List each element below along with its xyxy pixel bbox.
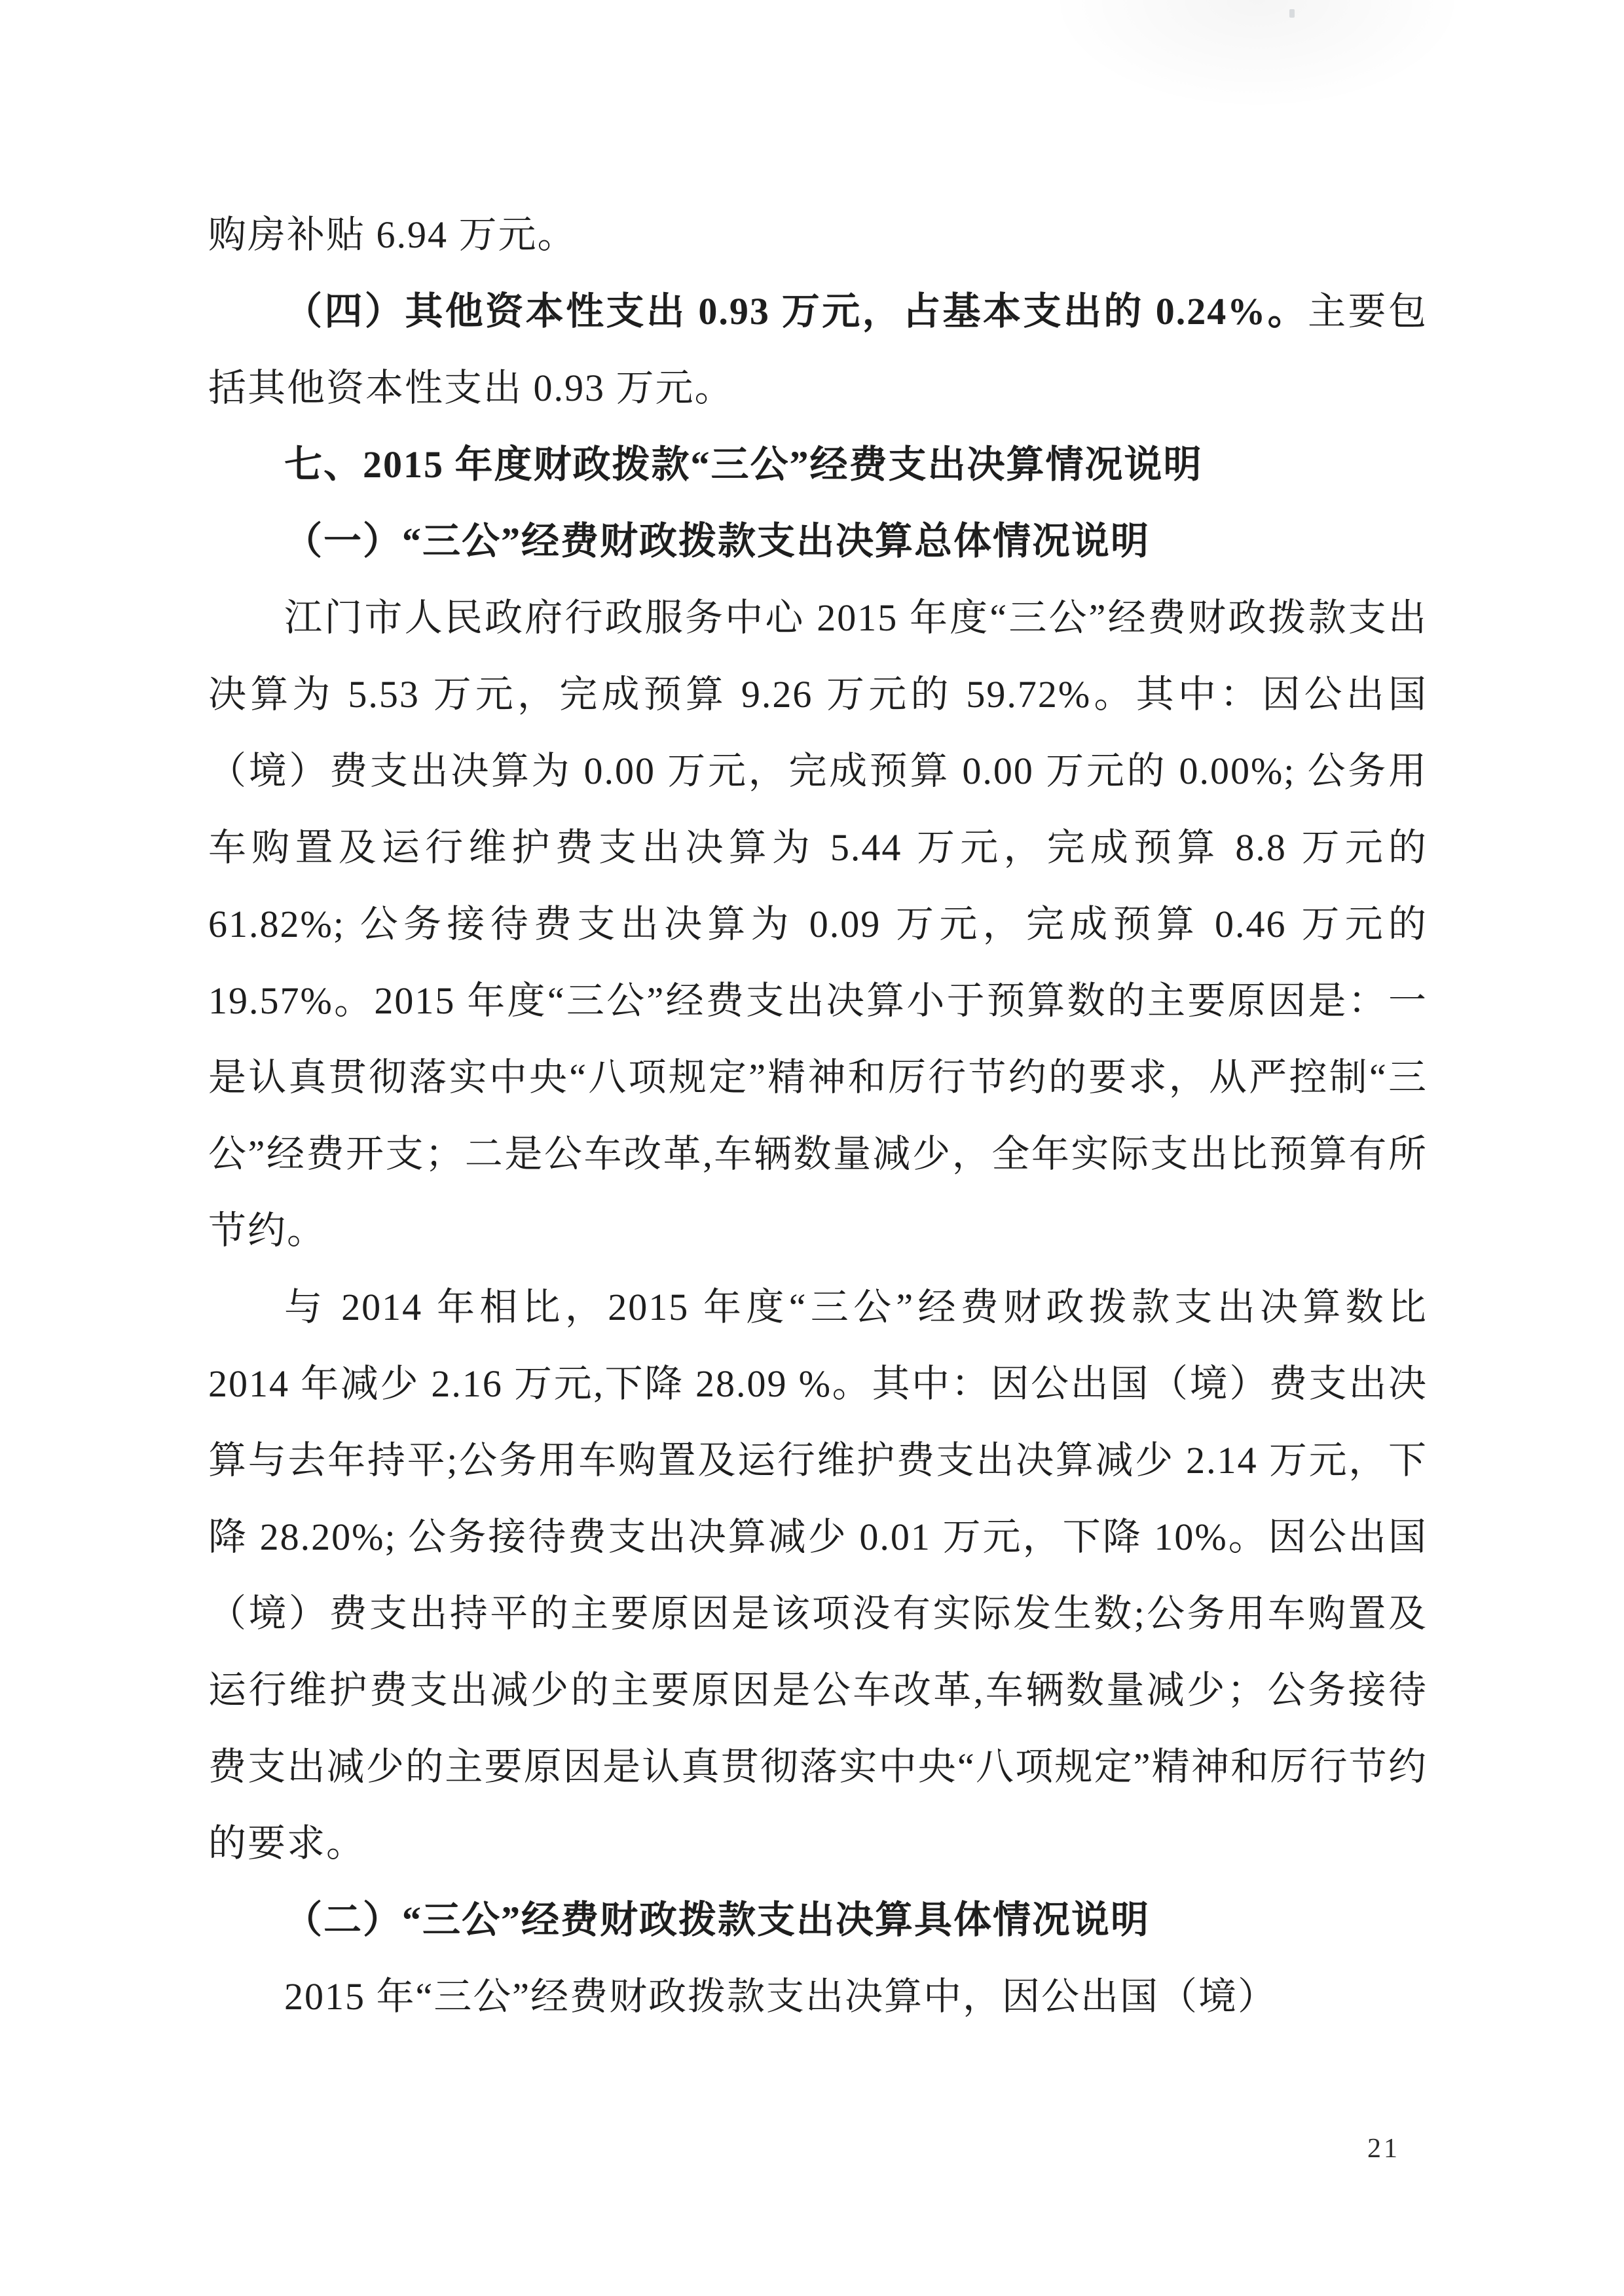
paragraph-year-comparison: 与 2014 年相比，2015 年度“三公”经费财政拨款支出决算数比 2014 … bbox=[208, 1269, 1428, 1882]
scan-speck bbox=[1289, 9, 1295, 18]
paragraph-overall-situation: 江门市人民政府行政服务中心 2015 年度“三公”经费财政拨款支出决算为 5.5… bbox=[208, 579, 1428, 1269]
heading-section-seven: 七、2015 年度财政拨款“三公”经费支出决算情况说明 bbox=[208, 426, 1428, 503]
paragraph-detail-start: 2015 年“三公”经费财政拨款支出决算中，因公出国（境） bbox=[208, 1958, 1428, 2035]
scan-corner-shade bbox=[1048, 0, 1467, 111]
page-number: 21 bbox=[1367, 2133, 1400, 2164]
paragraph-item4-lead: （四）其他资本性支出 0.93 万元，占基本支出的 0.24%。 bbox=[284, 290, 1308, 333]
page-body: 购房补贴 6.94 万元。 （四）其他资本性支出 0.93 万元，占基本支出的 … bbox=[208, 196, 1428, 2035]
heading-subsection-one: （一）“三公”经费财政拨款支出决算总体情况说明 bbox=[208, 503, 1428, 579]
paragraph-item4: （四）其他资本性支出 0.93 万元，占基本支出的 0.24%。主要包括其他资本… bbox=[208, 273, 1428, 426]
heading-subsection-two: （二）“三公”经费财政拨款支出决算具体情况说明 bbox=[208, 1882, 1428, 1958]
document-page: 购房补贴 6.94 万元。 （四）其他资本性支出 0.93 万元，占基本支出的 … bbox=[0, 0, 1624, 2296]
paragraph-carryover: 购房补贴 6.94 万元。 bbox=[208, 196, 1428, 273]
